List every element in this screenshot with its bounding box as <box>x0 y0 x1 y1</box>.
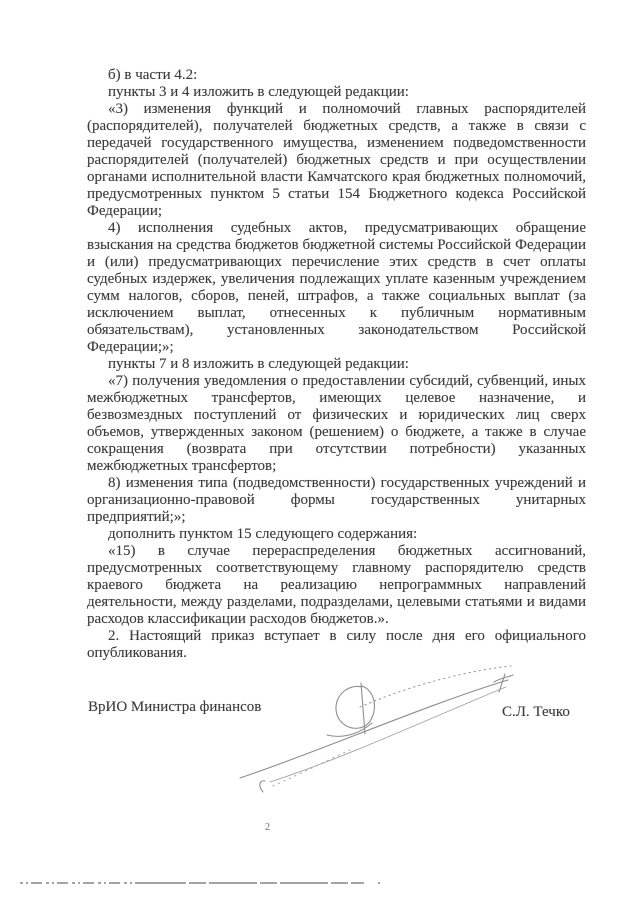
handwritten-signature-icon <box>228 662 518 802</box>
paragraph: пункты 3 и 4 изложить в следующей редакц… <box>87 84 586 101</box>
paragraph: «15) в случае перераспределения бюджетны… <box>87 543 586 628</box>
paragraph: «3) изменения функций и полномочий главн… <box>87 101 586 220</box>
paragraph: «7) получения уведомления о предоставлен… <box>87 373 586 475</box>
paragraph: пункты 7 и 8 изложить в следующей редакц… <box>87 356 586 373</box>
paragraph: 4) исполнения судебных актов, предусматр… <box>87 220 586 356</box>
paragraph: 8) изменения типа (подведомственности) г… <box>87 475 586 526</box>
signatory-name: С.Л. Течко <box>502 704 570 721</box>
scan-artifact-dot <box>378 882 380 884</box>
paragraph: 2. Настоящий приказ вступает в силу посл… <box>87 628 586 662</box>
scan-artifact-line <box>20 882 382 884</box>
scanned-document-page: б) в части 4.2: пункты 3 и 4 изложить в … <box>0 0 640 905</box>
paragraph: б) в части 4.2: <box>87 67 586 84</box>
scan-artifact-dashes <box>20 882 138 884</box>
scan-artifact-dashes <box>138 882 364 884</box>
document-body: б) в части 4.2: пункты 3 и 4 изложить в … <box>87 67 586 662</box>
page-number: 2 <box>265 822 270 833</box>
paragraph: дополнить пунктом 15 следующего содержан… <box>87 526 586 543</box>
